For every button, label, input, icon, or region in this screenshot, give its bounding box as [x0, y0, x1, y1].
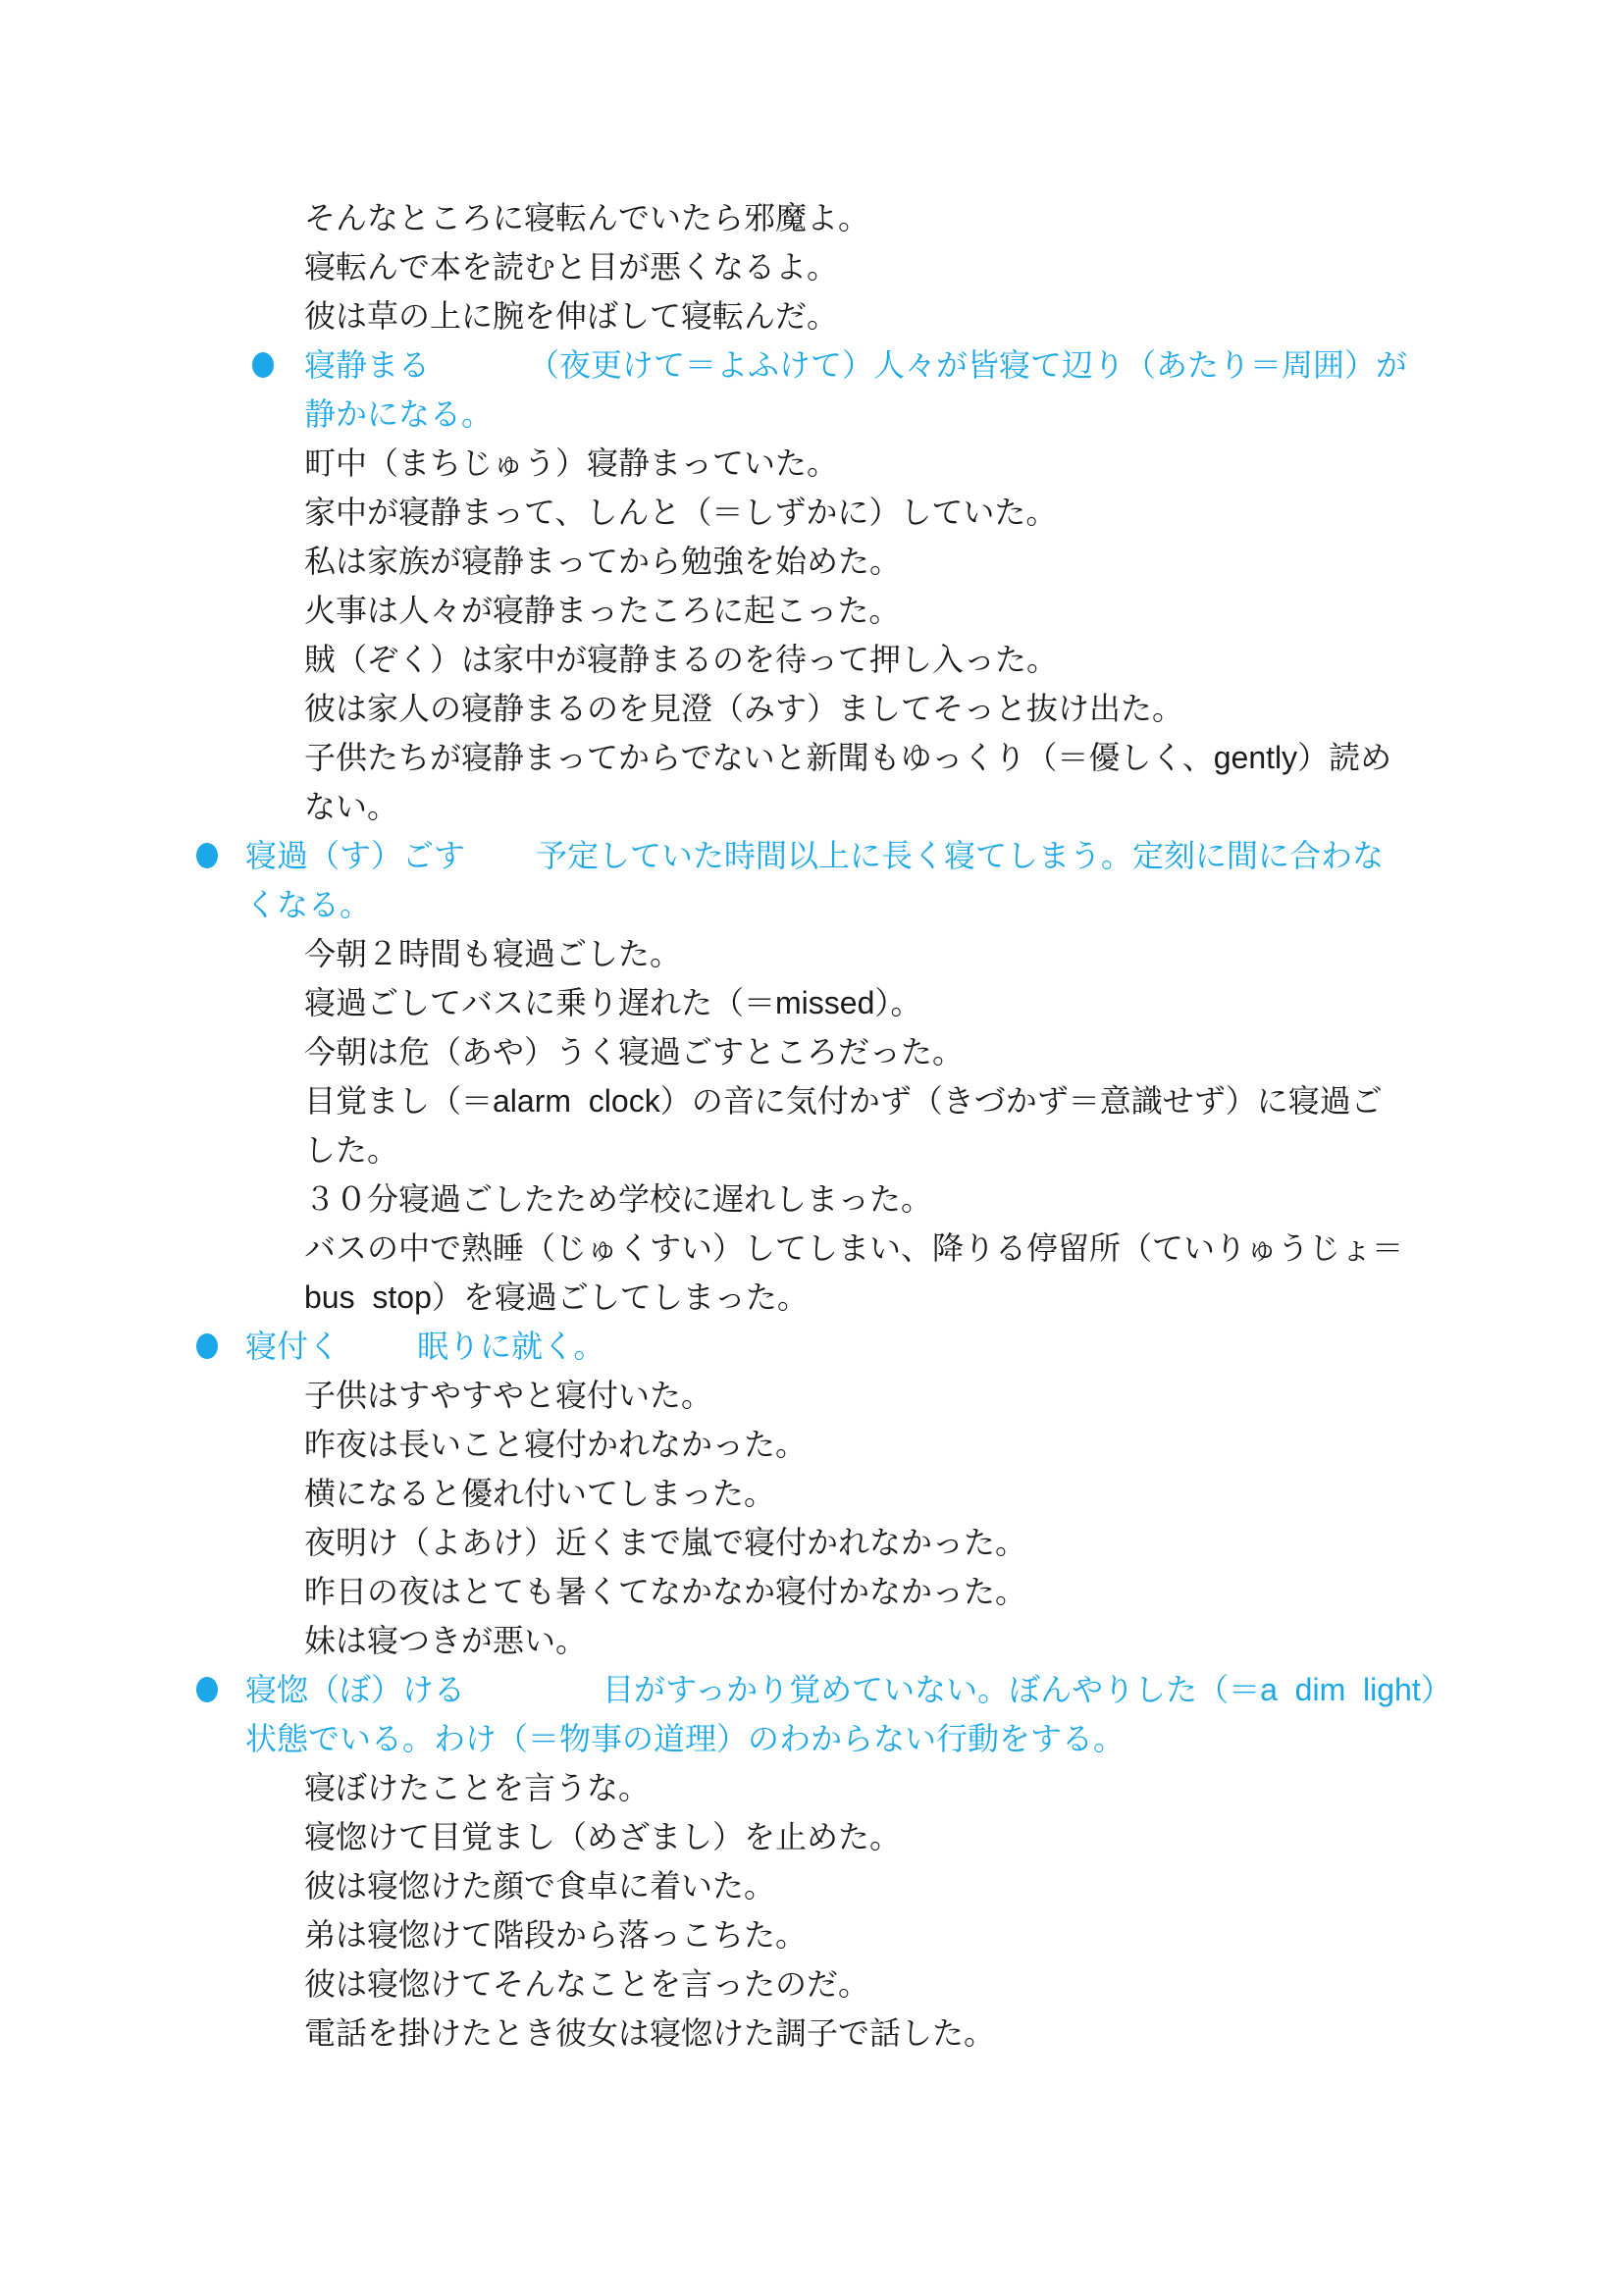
definition-text: 眠りに就く。 [417, 1329, 604, 1364]
example-line: 私は家族が寝静まってから勉強を始めた。 [0, 537, 1624, 586]
example-line: ない。 [0, 782, 1624, 831]
headword: 寝静まる [304, 347, 430, 383]
entry-headword-line: 寝過（す）ごす予定していた時間以上に長く寝てしまう。定刻に間に合わな [0, 831, 1624, 880]
entry-headword-line: 寝惚（ぼ）ける目がすっかり覚めていない。ぼんやりした（＝a dim light） [0, 1665, 1624, 1714]
example-line: 寝過ごしてバスに乗り遅れた（＝missed）。 [0, 978, 1624, 1027]
example-line: 寝転んで本を読むと目が悪くなるよ。 [0, 242, 1624, 291]
example-line: 家中が寝静まって、しんと（＝しずかに）していた。 [0, 488, 1624, 537]
headword: 寝惚（ぼ）ける [245, 1672, 465, 1707]
definition-text: （夜更けて＝よふけて）人々が皆寝て辺り（あたり＝周囲）が [528, 347, 1407, 383]
example-line: 横になると優れ付いてしまった。 [0, 1469, 1624, 1518]
headword: 寝過（す）ごす [245, 838, 465, 873]
example-line: 目覚まし（＝alarm clock）の音に気付かず（きづかず＝意識せず）に寝過ご [0, 1076, 1624, 1125]
vocabulary-notes-page: そんなところに寝転んでいたら邪魔よ。寝転んで本を読むと目が悪くなるよ。彼は草の上… [0, 0, 1624, 2058]
entry-headword-line: 寝付く眠りに就く。 [0, 1322, 1624, 1371]
example-line: 火事は人々が寝静まったころに起こった。 [0, 586, 1624, 635]
example-line: 彼は家人の寝静まるのを見澄（みす）ましてそっと抜け出た。 [0, 684, 1624, 733]
tab-space [465, 865, 536, 866]
tab-space [465, 1699, 602, 1700]
example-line: 彼は草の上に腕を伸ばして寝転んだ。 [0, 291, 1624, 340]
bullet-icon [196, 1333, 218, 1359]
entry-headword-line: 寝静まる（夜更けて＝よふけて）人々が皆寝て辺り（あたり＝周囲）が [0, 340, 1624, 390]
definition-text: 予定していた時間以上に長く寝てしまう。定刻に間に合わな [536, 838, 1384, 873]
example-line: bus stop）を寝過ごしてしまった。 [0, 1273, 1624, 1322]
example-line: ３０分寝過ごしたため学校に遅れしまった。 [0, 1174, 1624, 1224]
example-line: した。 [0, 1125, 1624, 1174]
headword: 寝付く [245, 1329, 340, 1364]
bullet-icon [252, 352, 274, 378]
example-line: 子供たちが寝静まってからでないと新聞もゆっくり（＝優しく、gently）読め [0, 733, 1624, 782]
example-line: 今朝は危（あや）うく寝過ごすところだった。 [0, 1027, 1624, 1076]
example-line: 夜明け（よあけ）近くまで嵐で寝付かれなかった。 [0, 1518, 1624, 1567]
example-line: 子供はすやすやと寝付いた。 [0, 1371, 1624, 1420]
example-line: 寝惚けて目覚まし（めざまし）を止めた。 [0, 1812, 1624, 1861]
example-line: 電話を掛けたとき彼女は寝惚けた調子で話した。 [0, 2009, 1624, 2058]
example-line: 弟は寝惚けて階段から落っこちた。 [0, 1910, 1624, 1959]
definition-continuation-line: くなる。 [0, 880, 1624, 929]
bullet-icon [196, 1677, 218, 1702]
example-line: 妹は寝つきが悪い。 [0, 1616, 1624, 1665]
tab-space [340, 1356, 417, 1357]
example-line: 昨夜は長いこと寝付かれなかった。 [0, 1420, 1624, 1469]
bullet-icon [196, 843, 218, 868]
definition-continuation-line: 静かになる。 [0, 390, 1624, 439]
tab-space [430, 375, 528, 376]
example-line: バスの中で熟睡（じゅくすい）してしまい、降りる停留所（ていりゅうじょ＝ [0, 1224, 1624, 1273]
example-line: 今朝２時間も寝過ごした。 [0, 929, 1624, 978]
example-line: 町中（まちじゅう）寝静まっていた。 [0, 439, 1624, 488]
definition-continuation-line: 状態でいる。わけ（＝物事の道理）のわからない行動をする。 [0, 1714, 1624, 1763]
example-line: 賊（ぞく）は家中が寝静まるのを待って押し入った。 [0, 635, 1624, 684]
example-line: そんなところに寝転んでいたら邪魔よ。 [0, 193, 1624, 242]
example-line: 彼は寝惚けてそんなことを言ったのだ。 [0, 1959, 1624, 2009]
example-line: 寝ぼけたことを言うな。 [0, 1763, 1624, 1812]
example-line: 昨日の夜はとても暑くてなかなか寝付かなかった。 [0, 1567, 1624, 1616]
example-line: 彼は寝惚けた顔で食卓に着いた。 [0, 1861, 1624, 1910]
definition-text: 目がすっかり覚めていない。ぼんやりした（＝a dim light） [602, 1672, 1452, 1707]
